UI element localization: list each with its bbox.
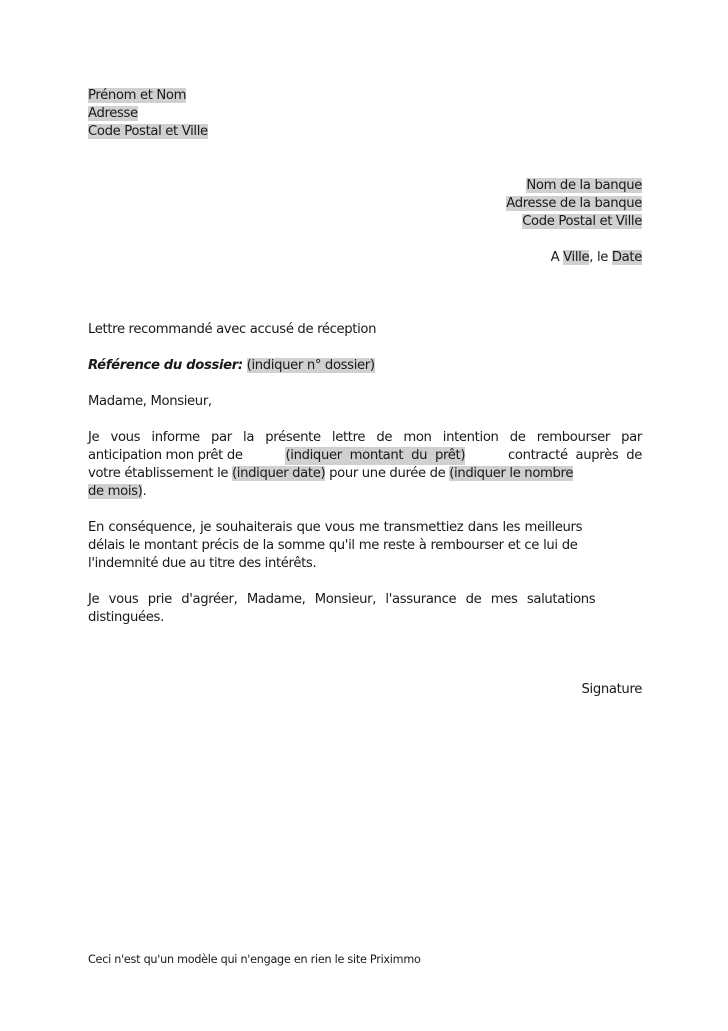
paragraph1-line2: anticipation mon prêt de (indiquer monta… <box>88 447 642 465</box>
p1-line3-before: votre établissement le <box>88 466 232 481</box>
date-middle: , le <box>589 250 612 265</box>
p1-line4-after: . <box>142 484 146 499</box>
p1-line1-word: présente <box>265 429 320 447</box>
reference-line: Référence du dossier: (indiquer n° dossi… <box>88 357 375 375</box>
salutation: Madame, Monsieur, <box>88 393 212 411</box>
subject-text: Lettre recommandé avec accusé de récepti… <box>88 322 376 337</box>
paragraph-intention: Jevousinformeparlaprésentelettredemonint… <box>88 429 642 501</box>
p1-line1-word: informe <box>151 429 199 447</box>
p1-line3-middle: pour une durée de <box>325 466 449 481</box>
paragraph2-line2: délais le montant précis de la somme qu'… <box>88 537 642 555</box>
bank-address: Adresse de la banque <box>506 196 642 211</box>
signature-text: Signature <box>582 682 642 697</box>
signature: Signature <box>582 681 642 699</box>
p1-line1-word: Je <box>88 429 99 447</box>
letter-page: Prénom et Nom Adresse Code Postal et Vil… <box>88 0 642 1031</box>
p1-line1-word: de <box>510 429 526 447</box>
date-line: A Ville, le Date <box>551 249 642 267</box>
reference-label: Référence du dossier: <box>88 358 243 373</box>
paragraph2-line1: En conséquence, je souhaiterais que vous… <box>88 519 642 537</box>
sender-postal-city: Code Postal et Ville <box>88 124 208 139</box>
closing-line1: Je vous prie d'agréer, Madame, Monsieur,… <box>88 591 642 609</box>
date-value: Date <box>612 250 642 265</box>
paragraph1-line3: votre établissement le (indiquer date) p… <box>88 465 642 483</box>
date-prefix: A <box>551 250 564 265</box>
paragraph-closing: Je vous prie d'agréer, Madame, Monsieur,… <box>88 591 642 627</box>
reference-placeholder: (indiquer n° dossier) <box>247 358 375 373</box>
subject-line: Lettre recommandé avec accusé de récepti… <box>88 321 376 339</box>
paragraph1-line4: de mois). <box>88 483 642 501</box>
p1-line1-word: de <box>376 429 392 447</box>
footer-text: Ceci n'est qu'un modèle qui n'engage en … <box>88 953 421 966</box>
paragraph1-line1: Jevousinformeparlaprésentelettredemonint… <box>88 429 642 447</box>
sender-address: Adresse <box>88 106 138 121</box>
sender-name: Prénom et Nom <box>88 88 186 103</box>
p1-line2-after: contracté auprès de <box>508 447 642 465</box>
p1-line1-word: par <box>621 429 642 447</box>
loan-duration-placeholder-end: de mois) <box>88 484 142 499</box>
salutation-text: Madame, Monsieur, <box>88 394 212 409</box>
p1-line1-word: lettre <box>332 429 365 447</box>
p1-line1-word: par <box>211 429 232 447</box>
closing-line2: distinguées. <box>88 609 642 627</box>
p1-line1-word: vous <box>111 429 141 447</box>
p1-line1-word: la <box>243 429 254 447</box>
p1-line2-before: anticipation mon prêt de <box>88 447 243 465</box>
paragraph-request: En conséquence, je souhaiterais que vous… <box>88 519 642 573</box>
p1-line1-word: intention <box>443 429 499 447</box>
paragraph2-line3: l'indemnité due au titre des intérêts. <box>88 555 642 573</box>
p1-line1-word: rembourser <box>537 429 610 447</box>
recipient-block: Nom de la banque Adresse de la banque Co… <box>506 177 642 231</box>
loan-date-placeholder: (indiquer date) <box>232 466 325 481</box>
sender-block: Prénom et Nom Adresse Code Postal et Vil… <box>88 87 208 141</box>
loan-duration-placeholder: (indiquer le nombre <box>449 466 573 481</box>
bank-name: Nom de la banque <box>526 178 642 193</box>
loan-amount-placeholder: (indiquer montant du prêt) <box>285 447 465 465</box>
p1-line1-word: mon <box>403 429 431 447</box>
bank-postal-city: Code Postal et Ville <box>522 214 642 229</box>
footer-disclaimer: Ceci n'est qu'un modèle qui n'engage en … <box>88 953 421 967</box>
date-city: Ville <box>563 250 589 265</box>
